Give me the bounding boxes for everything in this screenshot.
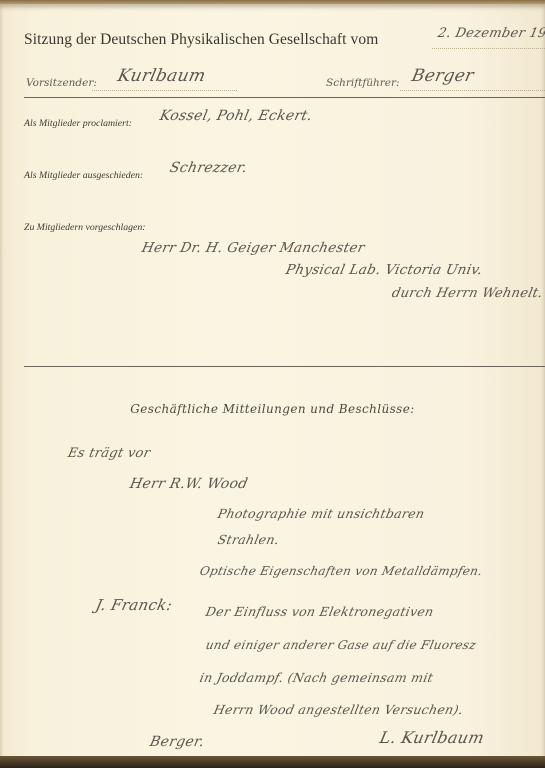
secretary-line	[400, 90, 545, 91]
proposed-line-3: durch Herrn Wehnelt.	[390, 286, 544, 301]
business-heading: Geschäftliche Mitteilungen und Beschlüss…	[0, 402, 545, 416]
chair-name: Kurlbaum	[116, 66, 208, 86]
speaker-franck: J. Franck:	[94, 596, 174, 614]
meeting-date: 2. Dezember 1910	[436, 26, 545, 41]
header-rule	[24, 97, 545, 98]
secretary-label: Schriftführer:	[326, 77, 400, 89]
secretary-name: Berger	[410, 66, 476, 86]
proclaimed-names: Kossel, Pohl, Eckert.	[158, 108, 314, 124]
franck-topic-line-4: Herrn Wood angestellten Versuchen).	[212, 702, 464, 717]
departed-label: Als Mitglieder ausgeschieden:	[24, 170, 143, 181]
book-bottom-edge	[0, 756, 545, 768]
proposed-line-1: Herr Dr. H. Geiger Manchester	[140, 240, 366, 256]
wood-topic-line-2: Strahlen.	[216, 532, 280, 547]
chair-label: Vorsitzender:	[26, 77, 97, 89]
speaker-wood: Herr R.W. Wood	[128, 476, 249, 492]
date-line	[432, 48, 545, 49]
wood-topic-line-1: Photographie mit unsichtbaren	[216, 506, 426, 521]
proclaimed-label: Als Mitglieder proclamiert:	[24, 118, 132, 129]
franck-topic-line-2: und einiger anderer Gase auf die Fluores…	[205, 638, 478, 652]
franck-topic-line-1: Der Einfluss von Elektronegativen	[204, 604, 435, 619]
proposed-label: Zu Mitgliedern vorgeschlagen:	[24, 222, 146, 233]
secretary-signature: Berger.	[148, 734, 206, 750]
business-intro: Es trägt vor	[66, 446, 151, 461]
minutes-page: Sitzung der Deutschen Physikalischen Ges…	[0, 4, 545, 760]
chair-signature: L. Kurlbaum	[378, 728, 486, 747]
page-title: Sitzung der Deutschen Physikalischen Ges…	[24, 31, 378, 49]
chair-line	[92, 90, 237, 91]
section-rule	[24, 366, 545, 367]
proposed-line-2: Physical Lab. Victoria Univ.	[284, 262, 484, 278]
franck-topic-line-3: in Joddampf. (Nach gemeinsam mit	[198, 670, 434, 685]
wood-topic-line-3: Optische Eigenschaften von Metalldämpfen…	[199, 564, 484, 578]
departed-names: Schrezzer.	[168, 160, 248, 176]
